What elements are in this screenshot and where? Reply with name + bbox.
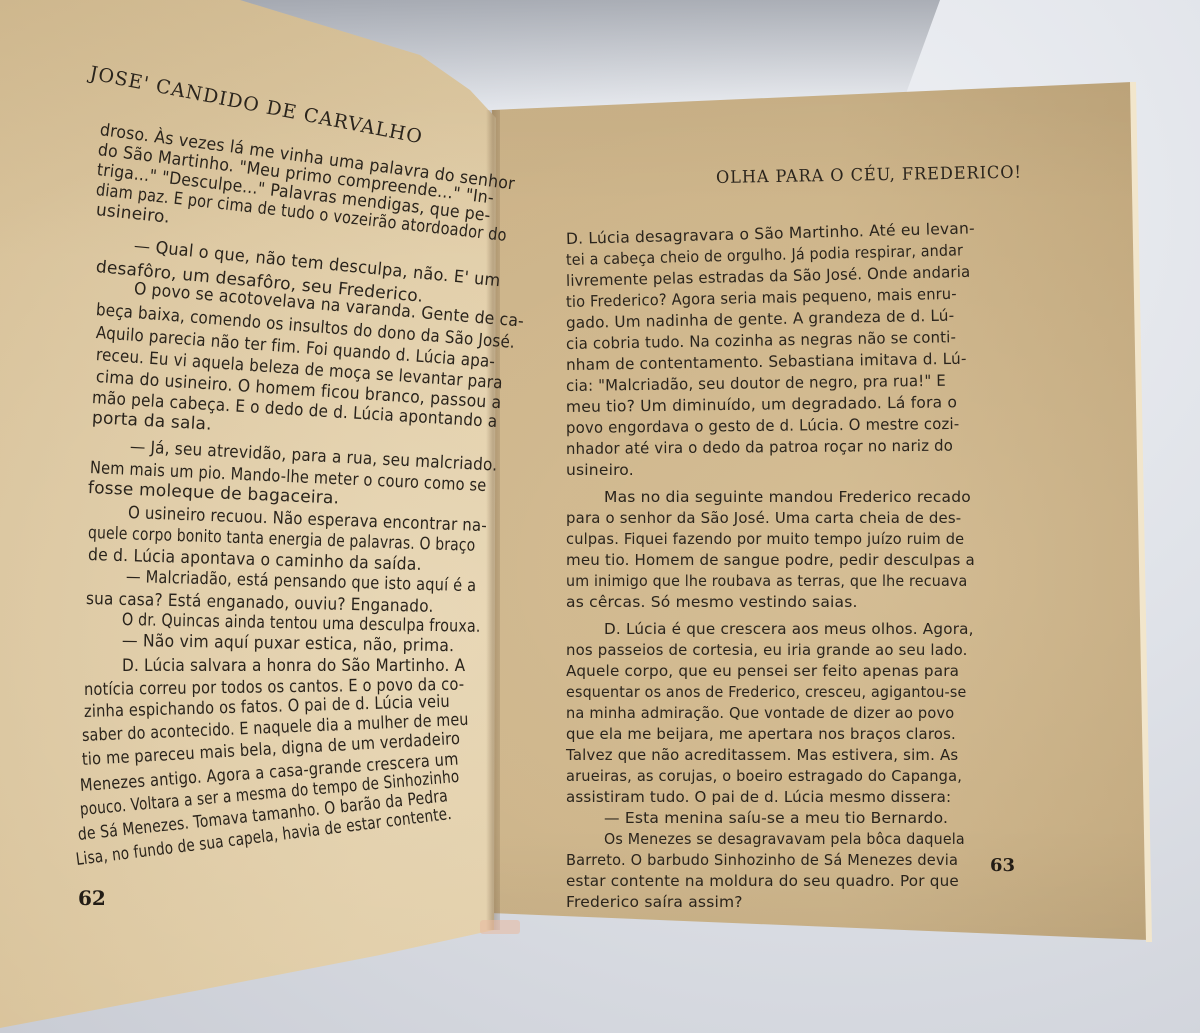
text-line: na minha admiração. Que vontade de dizer… <box>566 704 954 722</box>
text-line: Barreto. O barbudo Sinhozinho de Sá Mene… <box>566 851 958 869</box>
text-line: estar contente na moldura do seu quadro.… <box>566 872 959 890</box>
text-line: que ela me beijara, me apertara nos braç… <box>566 725 956 743</box>
text-line: Aquele corpo, que eu pensei ser feito ap… <box>566 662 959 680</box>
text-line: usineiro. <box>566 461 634 479</box>
text-line: D. Lúcia é que crescera aos meus olhos. … <box>604 620 974 638</box>
text-line: meu tio. Homem de sangue podre, pedir de… <box>566 551 975 569</box>
text-line: as cêrcas. Só mesmo vestindo saias. <box>566 593 858 611</box>
text-line: Mas no dia seguinte mandou Frederico rec… <box>604 488 971 506</box>
text-line: Talvez que não acreditassem. Mas estiver… <box>566 746 958 764</box>
text-line: nhador até vira o dedo da patroa roçar n… <box>566 437 953 458</box>
text-line: D. Lúcia salvara a honra do São Martinho… <box>122 656 465 676</box>
text-line: — Esta menina saíu-se a meu tio Bernardo… <box>604 809 948 827</box>
text-line: um inimigo que lhe roubava as terras, qu… <box>566 572 967 590</box>
text-line: assistiram tudo. O pai de d. Lúcia mesmo… <box>566 788 951 806</box>
text-line: para o senhor da São José. Uma carta che… <box>566 509 961 527</box>
text-line: culpas. Fiquei fazendo por muito tempo j… <box>566 530 964 548</box>
left-page-number: 62 <box>78 886 106 910</box>
text-line: nos passeios de cortesia, eu iria grande… <box>566 641 968 659</box>
spine-stain <box>480 920 520 934</box>
text-line: Os Menezes se desagravavam pela bôca daq… <box>604 830 965 848</box>
text-line: esquentar os anos de Frederico, cresceu,… <box>566 683 966 701</box>
text-line: arueiras, as corujas, o boeiro estragado… <box>566 767 962 785</box>
text-line: Frederico saíra assim? <box>566 893 743 911</box>
right-page-number: 63 <box>990 855 1015 876</box>
